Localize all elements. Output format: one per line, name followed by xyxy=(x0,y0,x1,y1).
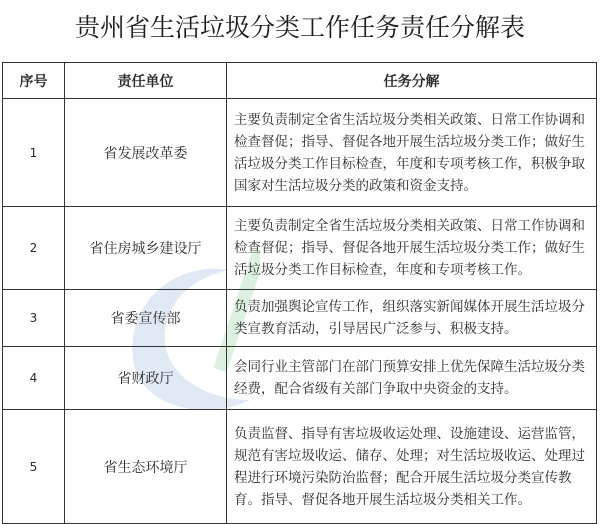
row-no: 2 xyxy=(3,207,65,290)
table-row: 2 省住房城乡建设厅 主要负责制定全省生活垃圾分类相关政策、日常工作协调和检查督… xyxy=(3,207,597,290)
row-no: 1 xyxy=(3,99,65,207)
row-unit: 省发展改革委 xyxy=(65,99,227,207)
row-unit: 省财政厅 xyxy=(65,347,227,410)
row-task: 负责监督、指导有害垃圾收运处理、设施建设、运营监管，规范有害垃圾收运、储存、处理… xyxy=(227,410,597,524)
row-task: 会同行业主管部门在部门预算安排上优先保障生活垃圾分类经费，配合省级有关部门争取中… xyxy=(227,347,597,410)
table-row: 5 省生态环境厅 负责监督、指导有害垃圾收运处理、设施建设、运营监管，规范有害垃… xyxy=(3,410,597,524)
header-unit: 责任单位 xyxy=(65,63,227,99)
row-task: 负责加强舆论宣传工作，组织落实新闻媒体开展生活垃圾分类宣教育活动，引导居民广泛参… xyxy=(227,290,597,347)
responsibility-table: 序号 责任单位 任务分解 1 省发展改革委 主要负责制定全省生活垃圾分类相关政策… xyxy=(2,62,597,524)
table-row: 4 省财政厅 会同行业主管部门在部门预算安排上优先保障生活垃圾分类经费，配合省级… xyxy=(3,347,597,410)
row-unit: 省委宣传部 xyxy=(65,290,227,347)
row-no: 3 xyxy=(3,290,65,347)
header-task: 任务分解 xyxy=(227,63,597,99)
row-unit: 省住房城乡建设厅 xyxy=(65,207,227,290)
document-title: 贵州省生活垃圾分类工作任务责任分解表 xyxy=(0,8,600,44)
row-task: 主要负责制定全省生活垃圾分类相关政策、日常工作协调和检查督促；指导、督促各地开展… xyxy=(227,99,597,207)
table-row: 1 省发展改革委 主要负责制定全省生活垃圾分类相关政策、日常工作协调和检查督促；… xyxy=(3,99,597,207)
row-no: 5 xyxy=(3,410,65,524)
row-no: 4 xyxy=(3,347,65,410)
table-header-row: 序号 责任单位 任务分解 xyxy=(3,63,597,99)
row-task: 主要负责制定全省生活垃圾分类相关政策、日常工作协调和检查督促；指导、督促各地开展… xyxy=(227,207,597,290)
header-no: 序号 xyxy=(3,63,65,99)
row-unit: 省生态环境厅 xyxy=(65,410,227,524)
table-row: 3 省委宣传部 负责加强舆论宣传工作，组织落实新闻媒体开展生活垃圾分类宣教育活动… xyxy=(3,290,597,347)
